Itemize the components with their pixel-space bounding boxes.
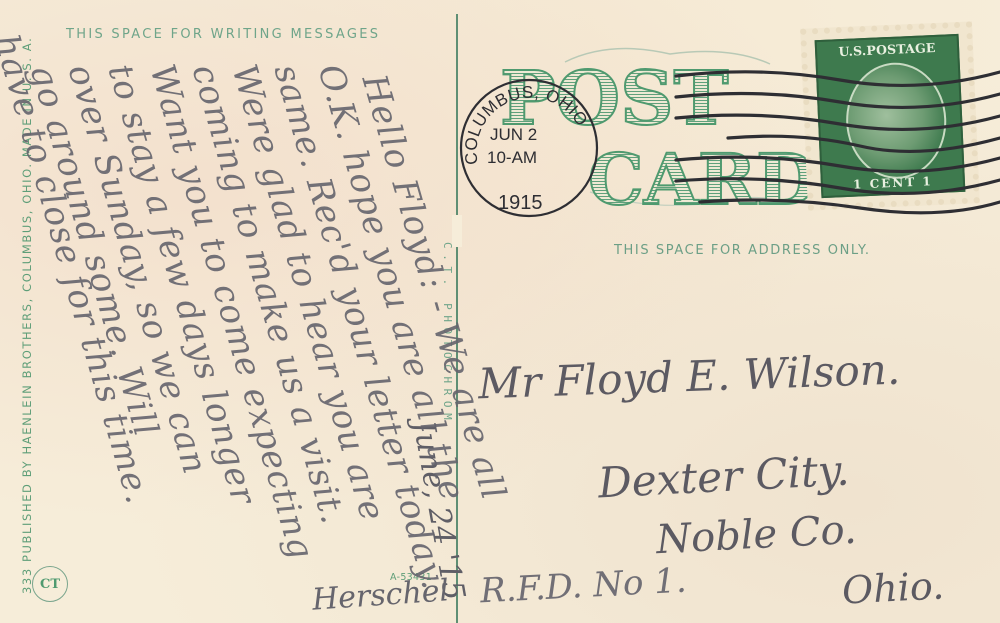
logo-text: CT (40, 577, 60, 592)
svg-text:POST: POST (500, 56, 729, 142)
address-recipient: Mr Floyd E. Wilson. (477, 345, 901, 409)
message-signature: Herschel (311, 573, 450, 617)
address-town: Dexter City. (597, 445, 851, 507)
stamp-frame: U.S.POSTAGE 1 CENT 1 (815, 34, 966, 198)
post-card-title: POST CARD (470, 42, 810, 227)
svg-text:CARD: CARD (588, 138, 810, 221)
message-space-label: THIS SPACE FOR WRITING MESSAGES (66, 27, 380, 42)
washington-portrait-icon (844, 61, 949, 181)
address-route: R.F.D. No 1. (479, 561, 687, 612)
stamp-top-text: U.S.POSTAGE (817, 39, 958, 60)
stamp-denomination: 1 CENT 1 (823, 173, 963, 193)
address-space-label: THIS SPACE FOR ADDRESS ONLY. (614, 243, 871, 258)
address-state: Ohio. (841, 563, 945, 612)
address-county: Noble Co. (655, 507, 858, 563)
postage-stamp: U.S.POSTAGE 1 CENT 1 (800, 21, 980, 210)
postcard-back: THIS SPACE FOR WRITING MESSAGES 333 PUBL… (0, 0, 1000, 623)
publisher-logo-icon: CT (32, 566, 68, 602)
